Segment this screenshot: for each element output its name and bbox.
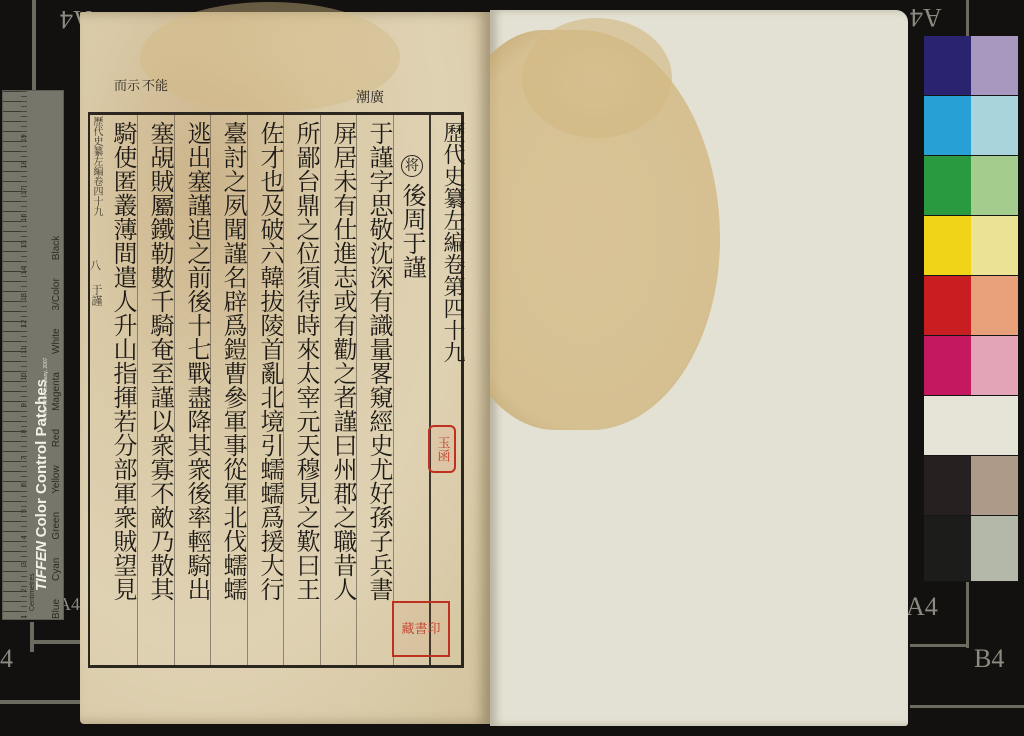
- patch-yellow-light: [971, 216, 1018, 276]
- left-page: 而示 不能 潮廣 歷代史纂左編卷四十九 八 于謹 歷代史纂左編卷第四十九 玉函 …: [80, 12, 490, 724]
- grid-line: [966, 582, 969, 648]
- ruler-color-labels: BlueCyanGreenYellowRedMagentaWhite3/Colo…: [51, 218, 62, 619]
- text-column-7: 塞覘賊屬鐵勒數千騎奄至謹以衆寡不敵乃散其: [139, 121, 173, 601]
- text-column-1: 于謹字思敬沈深有識量畧窺經史尤好孫子兵書: [358, 121, 392, 601]
- header-note-top-left: 而示 不能: [114, 80, 168, 93]
- column-divider: [137, 115, 138, 665]
- patch-yellow: [924, 216, 971, 276]
- patch-red: [924, 276, 971, 336]
- section-mark: 将: [401, 155, 423, 177]
- text-column-6: 逃出塞謹追之前後十七戰盡降其衆後率輕騎出: [176, 121, 210, 601]
- grid-label-4: 4: [0, 644, 13, 674]
- printed-text-frame: 歷代史纂左編卷第四十九 玉函 将 後周于謹 于謹字思敬沈深有識量畧窺經史尤好孫子…: [88, 112, 464, 668]
- column-divider: [320, 115, 321, 665]
- grid-line: [0, 700, 82, 704]
- patch-black-light: [971, 516, 1018, 582]
- patch-magenta: [924, 336, 971, 396]
- patch-green: [924, 156, 971, 216]
- grid-label-b4: B4: [974, 644, 1004, 674]
- text-column-3: 所鄙台鼎之位須待時來太宰元天穆見之歎曰王: [285, 121, 319, 601]
- color-control-patches: [924, 36, 1018, 582]
- ruler-inch-ticks: [3, 91, 21, 619]
- title-seal: 玉函: [428, 425, 456, 473]
- grid-line: [910, 705, 1024, 708]
- text-column-5: 臺討之夙聞謹名辟爲鎧曹參軍事從軍北伐蠕蠕: [212, 121, 246, 601]
- title-column: 歷代史纂左編卷第四十九: [430, 121, 464, 363]
- patch-white: [924, 396, 1018, 456]
- grid-line: [966, 0, 969, 36]
- text-column-8: 騎使匿叢薄間遣人升山指揮若分部軍衆賊望見: [102, 121, 136, 601]
- collector-seal: 藏書印: [392, 601, 450, 657]
- column-divider: [174, 115, 175, 665]
- water-stain: [522, 18, 672, 138]
- patch-magenta-light: [971, 336, 1018, 396]
- tiffen-logo: TIFFEN: [33, 542, 50, 592]
- grid-label-a4-top-right: A4: [910, 2, 942, 32]
- header-note-center: 潮廣: [356, 92, 384, 105]
- patch-3color-light: [971, 456, 1018, 516]
- patch-red-light: [971, 276, 1018, 336]
- column-divider: [393, 115, 394, 665]
- grid-line: [30, 640, 82, 644]
- section-heading: 後周于謹: [399, 183, 425, 279]
- ruler-copyright: © The Tiffen Company, 2007: [43, 358, 49, 421]
- text-column-2: 屏居未有仕進志或有勸之者謹曰州郡之職昔人: [322, 121, 356, 601]
- patch-cyan-light: [971, 96, 1018, 156]
- ruler-cm-numbers: 12345678910111213141516171819: [21, 116, 28, 620]
- grid-label-a4-bottom-right: A4: [906, 592, 938, 622]
- text-column-4: 佐才也及破六韓拔陵首亂北境引蠕蠕爲援大行: [249, 121, 283, 601]
- patch-blue: [924, 36, 971, 96]
- patch-green-light: [971, 156, 1018, 216]
- column-divider: [247, 115, 248, 665]
- patch-cyan: [924, 96, 971, 156]
- section-heading-column: 将 後周于謹: [395, 155, 429, 279]
- grid-line: [910, 644, 969, 647]
- right-page-blank: [490, 10, 908, 726]
- grid-line: [30, 622, 34, 652]
- patch-black: [924, 516, 971, 582]
- color-control-ruler: 12345678910111213141516171819 Centimetre…: [2, 90, 64, 620]
- patch-3color: [924, 456, 971, 516]
- patch-blue-light: [971, 36, 1018, 96]
- grid-line: [32, 0, 36, 92]
- open-book: 而示 不能 潮廣 歷代史纂左編卷四十九 八 于謹 歷代史纂左編卷第四十九 玉函 …: [80, 10, 910, 726]
